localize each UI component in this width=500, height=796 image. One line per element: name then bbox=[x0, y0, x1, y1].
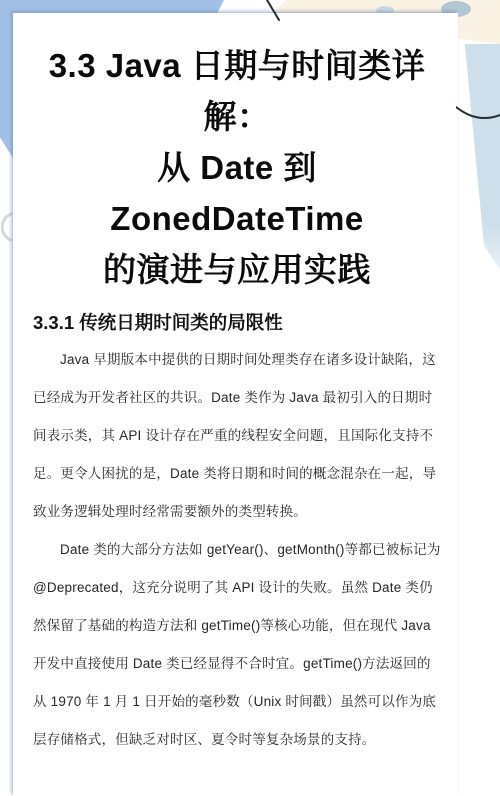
top-blue-band bbox=[0, 0, 224, 13]
page-background: { "colors":{ "top_band":"#a2c0e6", "beig… bbox=[0, 0, 500, 796]
right-blue-panel bbox=[460, 44, 500, 270]
paragraph-2: Date 类的大部分方法如 getYear()、getMonth()等都已被标记… bbox=[33, 531, 441, 759]
crescent-decoration bbox=[1, 212, 13, 242]
paragraph-block: Java 早期版本中提供的日期时间处理类存在诸多设计缺陷，这已经成为开发者社区的… bbox=[33, 341, 441, 759]
article-body: 3.3 Java 日期与时间类详解： 从 Date 到 ZonedDateTim… bbox=[13, 13, 458, 759]
page-title: 3.3 Java 日期与时间类详解： 从 Date 到 ZonedDateTim… bbox=[33, 40, 441, 295]
section-heading: 3.3.1 传统日期时间类的局限性 bbox=[33, 309, 441, 335]
content-card: 3.3 Java 日期与时间类详解： 从 Date 到 ZonedDateTim… bbox=[13, 13, 458, 796]
page-title-line-1: 3.3 Java 日期与时间类详解： bbox=[33, 40, 441, 142]
left-blue-band bbox=[0, 0, 13, 158]
page-title-line-2: 从 Date 到 ZonedDateTime bbox=[33, 142, 441, 244]
paragraph-1: Java 早期版本中提供的日期时间处理类存在诸多设计缺陷，这已经成为开发者社区的… bbox=[33, 341, 441, 531]
page-title-line-3: 的演进与应用实践 bbox=[33, 244, 441, 295]
